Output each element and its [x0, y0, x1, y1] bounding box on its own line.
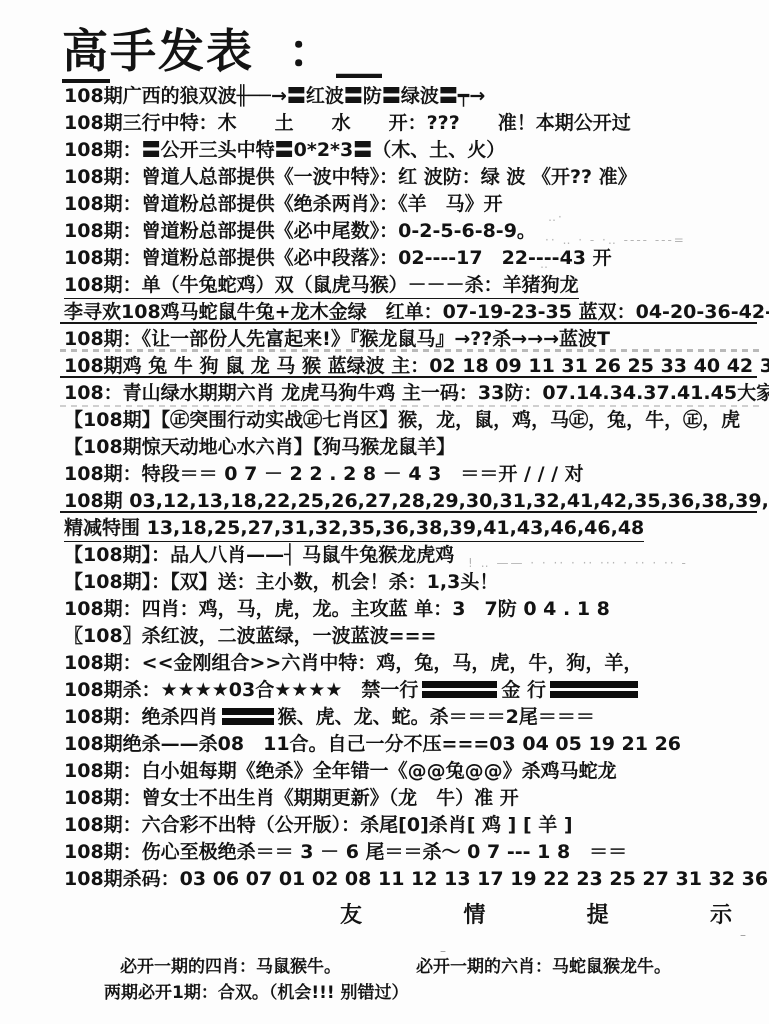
- tip-row-dan-shuang-sha: 108期：单（牛兔蛇鸡）双（鼠虎马猴）－－－杀：羊猪狗龙: [0, 272, 769, 299]
- lottery-tip-sheet: 高手发表：__ 108期广西的狼双波╫──→〓红波〓防〓绿波〓┯→ 108期三行…: [0, 0, 769, 1024]
- tip-row-23-codes: 108期 03,12,13,18,22,25,26,27,28,29,30,31…: [0, 488, 769, 515]
- friendship-char: 友: [340, 898, 362, 929]
- tip-row-sixiao-lan-dan: 108期：四肖：鸡，马，虎，龙。主攻蓝 单：3 7防 0 4 . 1 8: [0, 596, 769, 623]
- tip-row-tuwei-qixiao: 【108期】【㊣突围行动实战㊣七肖区】猴，龙，鼠，鸡，马㊣，兔，牛，㊣，虎: [0, 407, 769, 434]
- tip-row-juesha-sixiao: 108期：绝杀四肖猴、虎、龙、蛇。杀＝＝＝2尾＝＝＝: [0, 704, 769, 731]
- pen-mark-artifact: ‥: [540, 257, 580, 271]
- pen-mark-artifact: –: [440, 944, 460, 958]
- tip-row-sanxing-zhongte: 108期三行中特：木 土 水 开：??? 准！本期公开过: [0, 110, 769, 137]
- tip-row-shangxin-juesha: 108期：伤心至极绝杀＝＝ 3 － 6 尾＝＝杀～ 0 7 --- 1 8 ＝＝: [0, 839, 769, 866]
- tip-row-jingang-zuhe: 108期：<<金刚组合>>六肖中特：鸡，兔，马，虎，牛，狗，羊，: [0, 650, 769, 677]
- tip-row-qingshanlvshui: 108：青山绿水期期六肖 龙虎马狗牛鸡 主一码：33防：07.14.34.37.…: [0, 380, 769, 407]
- title-first-char: 高: [62, 24, 110, 83]
- tip-row-stars-jinhang: 108期杀：★★★★03合★★★★ 禁一行金 行: [0, 677, 769, 704]
- black-bars-icon: [422, 681, 497, 698]
- title-blank-line: __: [336, 24, 382, 78]
- page-title: 高手发表：__: [0, 0, 769, 81]
- tip-row-xianfu: 108期：《让一部份人先富起来!》『猴龙鼠马』→??杀→→→蓝波T: [0, 326, 769, 353]
- tip-row-lixunhuan: 李寻欢108鸡马蛇鼠牛兔+龙木金绿 红单：07-19-23-35 蓝双：04-2…: [0, 299, 769, 326]
- tip-row-teduan: 108期：特段＝＝ 0 7 － 2 2 . 2 8 － 4 3 ＝＝开 / / …: [0, 461, 769, 488]
- pen-mark-artifact: –: [740, 928, 760, 942]
- prediction-rows: 108期广西的狼双波╫──→〓红波〓防〓绿波〓┯→ 108期三行中特：木 土 水…: [0, 83, 769, 893]
- tip-row-jingjian-tewei: 精减特围 13,18,25,27,31,32,35,36,38,39,41,43…: [0, 515, 769, 542]
- friendship-char: 情: [463, 898, 485, 929]
- black-bars-icon: [222, 708, 274, 725]
- pen-mark-artifact: ‥·: [548, 210, 618, 224]
- footer-line-1: 必开一期的四肖：马鼠猴牛。必开一期的六肖：马蛇鼠猴龙牛。: [0, 952, 769, 977]
- tip-row-juesha-he: 108期绝杀——杀08 11合。自己一分不压===03 04 05 19 21 …: [0, 731, 769, 758]
- friendship-char: 提: [587, 898, 609, 929]
- title-rest: 手发表: [110, 24, 254, 78]
- tip-row-double-wave: 108期广西的狼双波╫──→〓红波〓防〓绿波〓┯→: [0, 83, 769, 110]
- tip-row-juesha-liangxiao: 108期：曾道粉总部提供《绝杀两肖》：《羊 马》开: [0, 191, 769, 218]
- tip-row-shuang-song: 【108期】：【双】送：主小数，机会！杀：1,3头！: [0, 569, 769, 596]
- tip-row-shama-21: 108期杀码：03 06 07 01 02 08 11 12 13 17 19 …: [0, 866, 769, 893]
- tip-row-xinshui-liuxiao: 【108期惊天动地心水六肖】【狗马猴龙鼠羊】: [0, 434, 769, 461]
- tip-row-zengnvshi: 108期：曾女士不出生肖《期期更新》（龙 牛）准 开: [0, 785, 769, 812]
- footer-four-xiao: 必开一期的四肖：马鼠猴牛。: [120, 952, 416, 977]
- black-bars-icon: [550, 681, 638, 698]
- footer-line-2: 两期必开1期：合双。（机会!!! 别错过）: [104, 978, 409, 1003]
- tip-row-bizhong-duanluo: 108期：曾道粉总部提供《必中段落》：02----17 22----43 开: [0, 245, 769, 272]
- tip-row-santou-zhongte: 108期：〓公开三头中特〓0*2*3〓（木、土、火）: [0, 137, 769, 164]
- tip-row-yibo-zhongte: 108期：曾道人总部提供《一波中特》：红 波防：绿 波 《开?? 准》: [0, 164, 769, 191]
- tip-row-sha-hongbo: 〖108〗杀红波，二波蓝绿，一波蓝波===: [0, 623, 769, 650]
- friendly-reminder-heading: 友 情 提 示: [340, 898, 732, 929]
- tip-row-lanlvbo-zhu: 108期鸡 兔 牛 狗 鼠 龙 马 猴 蓝绿波 主：02 18 09 11 31…: [0, 353, 769, 380]
- title-colon: ：: [288, 24, 336, 78]
- tip-row-buchute: 108期：六合彩不出特（公开版）：杀尾[0]杀肖[ 鸡 ] [ 羊 ]: [0, 812, 769, 839]
- friendship-char: 示: [710, 898, 732, 929]
- tip-row-baixiaojie: 108期：白小姐每期《绝杀》全年错一《@@兔@@》杀鸡马蛇龙: [0, 758, 769, 785]
- pen-mark-artifact: ·· ‥ · ‐ ·‥ ‐--‐ ---=: [545, 233, 755, 247]
- pen-mark-artifact: ! ‥ —— · · ·· · ·· ··· · ·· · ·· ‐: [468, 556, 763, 570]
